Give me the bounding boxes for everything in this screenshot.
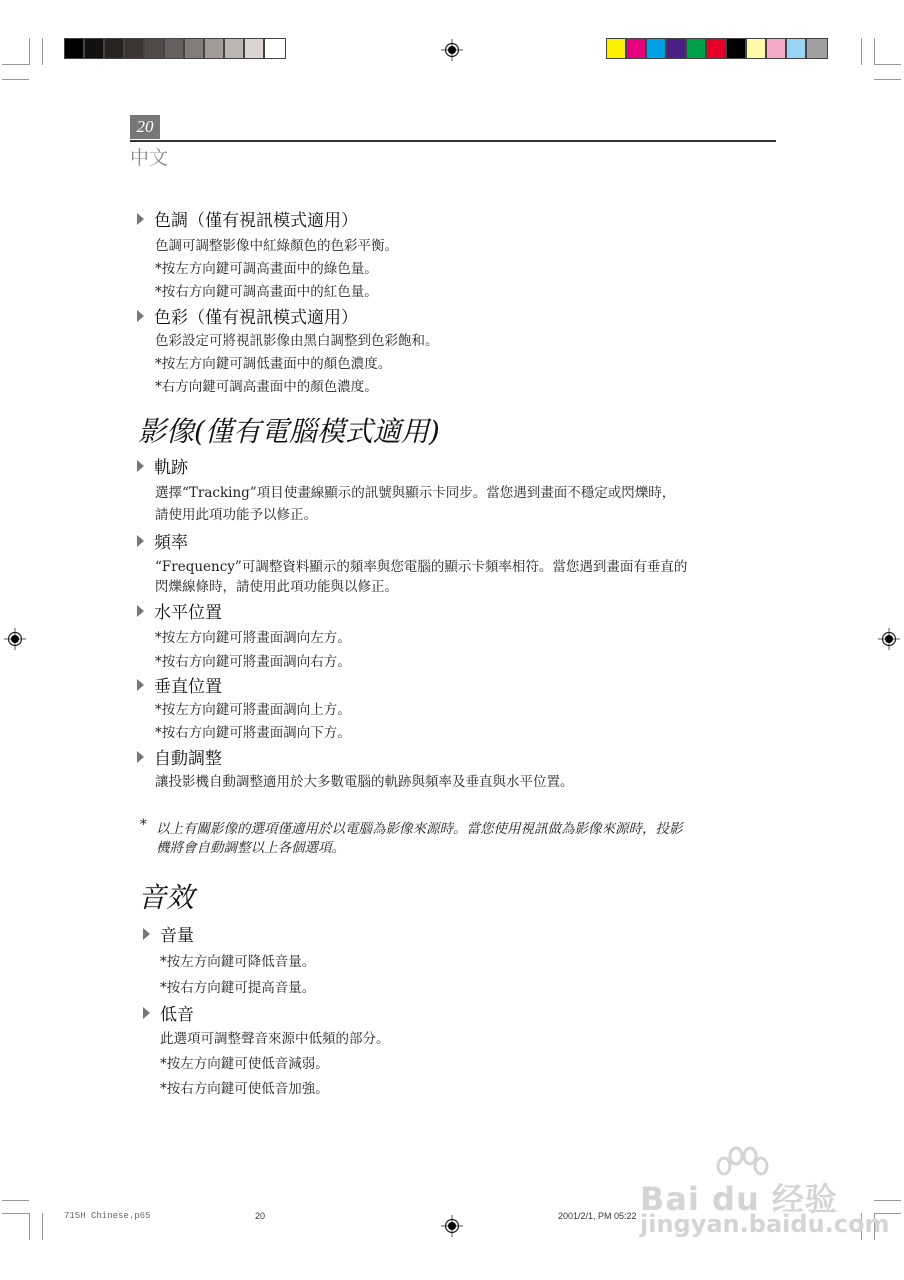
item-heading-h-position: 水平位置 xyxy=(137,598,222,623)
triangle-bullet-icon xyxy=(137,535,144,547)
page-number-badge: 20 xyxy=(130,115,160,139)
item-text: 色調可調整影像中紅綠顏色的色彩平衡。 xyxy=(155,234,398,254)
item-text: 請使用此項功能予以修正。 xyxy=(155,503,317,523)
crop-mark xyxy=(42,1213,43,1240)
crop-mark xyxy=(861,38,862,65)
item-heading-tracking: 軌跡 xyxy=(137,453,188,478)
color-swatch xyxy=(807,39,827,58)
footer-timestamp: 2001/2/1, PM 05:22 xyxy=(558,1211,637,1221)
color-swatch xyxy=(607,39,627,58)
triangle-bullet-icon xyxy=(143,1007,150,1019)
item-text: *右方向鍵可調高畫面中的顏色濃度。 xyxy=(155,375,378,395)
grayscale-bar xyxy=(64,38,286,59)
color-swatch xyxy=(627,39,647,58)
triangle-bullet-icon xyxy=(137,751,144,763)
color-swatch xyxy=(245,39,265,58)
item-heading-auto-adjust: 自動調整 xyxy=(137,744,222,769)
crop-mark xyxy=(874,1200,901,1201)
color-swatch xyxy=(125,39,145,58)
color-swatch xyxy=(647,39,667,58)
color-swatch xyxy=(787,39,807,58)
triangle-bullet-icon xyxy=(137,679,144,691)
item-heading-v-position: 垂直位置 xyxy=(137,672,222,697)
color-swatch xyxy=(105,39,125,58)
note-text: 機將會自動調整以上各個選項。 xyxy=(156,836,345,856)
triangle-bullet-icon xyxy=(137,460,144,472)
triangle-bullet-icon xyxy=(137,310,144,322)
registration-mark-icon xyxy=(441,1215,463,1237)
header-rule xyxy=(130,140,776,142)
color-swatch xyxy=(185,39,205,58)
crop-mark xyxy=(29,1213,30,1240)
item-text: *按左方向鍵可調低畫面中的顏色濃度。 xyxy=(155,352,391,372)
footer-filename: 715H Chinese.p65 xyxy=(64,1211,150,1221)
color-swatch xyxy=(767,39,787,58)
color-swatch xyxy=(667,39,687,58)
item-text: *按右方向鍵可調高畫面中的紅色量。 xyxy=(155,280,378,300)
crop-mark xyxy=(874,38,875,65)
item-text: “Frequency”可調整資料顯示的頻率與您電腦的顯示卡頻率相符。當您遇到畫面… xyxy=(155,555,687,575)
language-label: 中文 xyxy=(130,143,168,170)
item-heading-volume: 音量 xyxy=(143,921,194,946)
triangle-bullet-icon xyxy=(143,928,150,940)
section-title-audio: 音效 xyxy=(138,876,194,916)
registration-mark-icon xyxy=(878,628,900,650)
item-text: 此選項可調整聲音來源中低頻的部分。 xyxy=(160,1027,390,1047)
color-swatch xyxy=(145,39,165,58)
item-heading-frequency: 頻率 xyxy=(137,528,188,553)
triangle-bullet-icon xyxy=(137,213,144,225)
watermark-url: jingyan.baidu.com xyxy=(640,1210,889,1238)
crop-mark xyxy=(2,1213,29,1214)
color-swatch xyxy=(265,39,285,58)
note-marker: * xyxy=(140,817,147,833)
color-swatch xyxy=(225,39,245,58)
item-text: *按右方向鍵可使低音加強。 xyxy=(160,1077,329,1097)
crop-mark xyxy=(2,1200,29,1201)
color-swatch xyxy=(205,39,225,58)
registration-mark-icon xyxy=(4,628,26,650)
crop-mark xyxy=(874,64,901,65)
crop-mark xyxy=(2,64,29,65)
color-bar xyxy=(606,38,828,59)
item-text: *按右方向鍵可將畫面調向右方。 xyxy=(155,650,351,670)
crop-mark xyxy=(874,79,901,80)
crop-mark xyxy=(42,38,43,65)
note-text: 以上有關影像的選項僅適用於以電腦為影像來源時。當您使用視訊做為影像來源時，投影 xyxy=(156,817,683,837)
item-text: *按左方向鍵可將畫面調向左方。 xyxy=(155,626,351,646)
item-heading-color: 色彩（僅有視訊模式適用） xyxy=(137,303,358,328)
item-text: *按右方向鍵可提高音量。 xyxy=(160,976,315,996)
color-swatch xyxy=(65,39,85,58)
section-title-image: 影像(僅有電腦模式適用) xyxy=(138,410,440,450)
item-text: *按左方向鍵可將畫面調向上方。 xyxy=(155,698,351,718)
item-text: 閃爍線條時，請使用此項功能與以修正。 xyxy=(155,575,398,595)
crop-mark xyxy=(2,79,29,80)
color-swatch xyxy=(85,39,105,58)
color-swatch xyxy=(687,39,707,58)
color-swatch xyxy=(747,39,767,58)
item-text: *按右方向鍵可將畫面調向下方。 xyxy=(155,721,351,741)
color-swatch xyxy=(165,39,185,58)
triangle-bullet-icon xyxy=(137,605,144,617)
item-heading-hue: 色調（僅有視訊模式適用） xyxy=(137,206,358,231)
item-text: 選擇“Tracking”項目使畫線顯示的訊號與顯示卡同步。當您遇到畫面不穩定或閃… xyxy=(155,481,675,501)
color-swatch xyxy=(727,39,747,58)
color-swatch xyxy=(707,39,727,58)
item-text: 讓投影機自動調整適用於大多數電腦的軌跡與頻率及垂直與水平位置。 xyxy=(155,770,574,790)
item-text: *按左方向鍵可使低音減弱。 xyxy=(160,1052,329,1072)
item-text: *按左方向鍵可降低音量。 xyxy=(160,950,315,970)
footer-page: 20 xyxy=(255,1211,265,1221)
crop-mark xyxy=(29,38,30,65)
item-text: *按左方向鍵可調高畫面中的綠色量。 xyxy=(155,257,378,277)
registration-mark-icon xyxy=(441,39,463,61)
item-text: 色彩設定可將視訊影像由黑白調整到色彩飽和。 xyxy=(155,329,439,349)
item-heading-bass: 低音 xyxy=(143,1000,194,1025)
